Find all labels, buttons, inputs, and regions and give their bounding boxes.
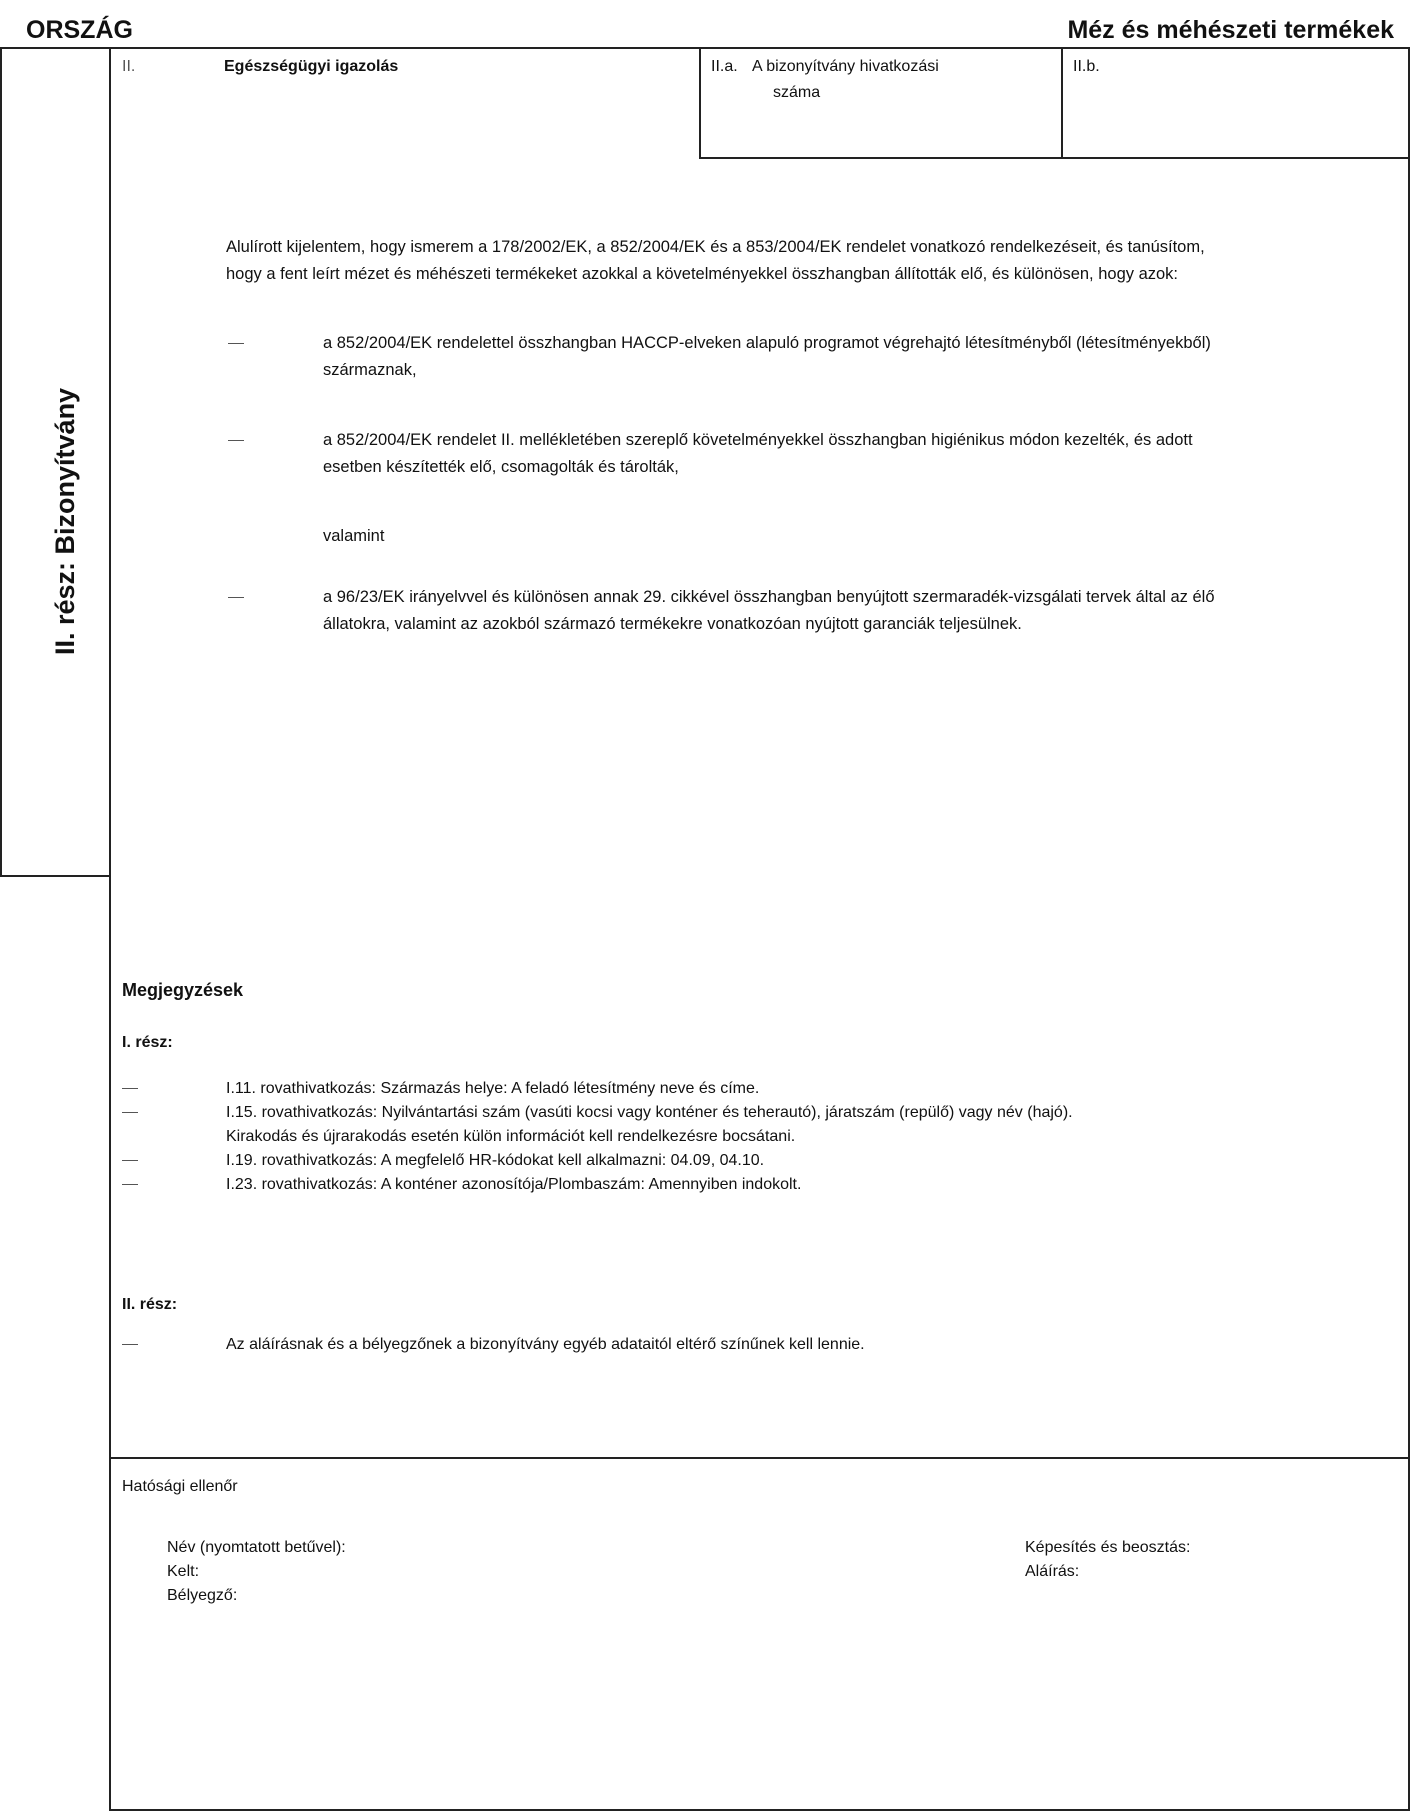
dash-bullet [122,1160,138,1161]
ref-number-label: II.a. [711,54,738,79]
cert-item-1-line1: a 852/2004/EK rendelettel összhangban HA… [323,330,1410,357]
name-label: Név (nyomtatott betűvel): [167,1535,346,1560]
dash-bullet [228,343,244,344]
content-left-border [109,47,111,1811]
side-label: II. rész: Bizonyítvány [50,388,81,655]
notes-part2-title: II. rész: [122,1292,177,1317]
note-part2: Az aláírásnak és a bélyegzőnek a bizonyí… [226,1333,865,1357]
signature-label: Aláírás: [1025,1559,1079,1584]
date-label: Kelt: [167,1559,199,1584]
signature-divider [109,1457,1410,1459]
ref-b-left [1061,47,1063,159]
cert-item-3-line1: a 96/23/EK irányelvvel és különösen anna… [323,584,1410,611]
note-i23: I.23. rovathivatkozás: A konténer azonos… [226,1173,801,1197]
notes-title: Megjegyzések [122,978,243,1003]
dash-bullet [122,1112,138,1113]
ref-label-line1: A bizonyítvány hivatkozási [752,54,939,79]
ref-box-bottom [699,157,1410,159]
section-number: II. [122,54,135,79]
stamp-label: Bélyegző: [167,1583,237,1608]
section-title: Egészségügyi igazolás [224,54,398,79]
dash-bullet [122,1184,138,1185]
dash-bullet [122,1088,138,1089]
notes-part1-title: I. rész: [122,1030,173,1055]
ref-b-field[interactable] [1073,80,1403,152]
cert-item-1-line2: származnak, [323,357,1410,384]
dash-bullet [228,597,244,598]
ref-b-label: II.b. [1073,54,1100,79]
note-i11: I.11. rovathivatkozás: Származás helye: … [226,1077,759,1101]
dash-bullet [228,440,244,441]
conjunction: valamint [323,523,1410,550]
cert-item-2-line1: a 852/2004/EK rendelet II. mellékletében… [323,427,1410,454]
note-i19: I.19. rovathivatkozás: A megfelelő HR-kó… [226,1149,764,1173]
cert-item-3-line2: állatokra, valamint az azokból származó … [323,611,1410,638]
frame-left [0,47,2,877]
note-i15-cont: Kirakodás és újrarakodás esetén külön in… [226,1125,795,1149]
dash-bullet [122,1344,138,1345]
ref-box-left [699,47,701,159]
certificate-reference-field[interactable] [711,100,1056,150]
qualification-label: Képesítés és beosztás: [1025,1535,1190,1560]
side-box-bottom [0,875,111,877]
product-heading: Méz és méhészeti termékek [1067,16,1394,45]
cert-item-2-line2: esetben készítették elő, csomagolták és … [323,454,1410,481]
signature-title: Hatósági ellenőr [122,1474,238,1499]
intro-line-1: Alulírott kijelentem, hogy ismerem a 178… [226,234,1410,261]
intro-line-2: hogy a fent leírt mézet és méhészeti ter… [226,261,1410,288]
country-heading: ORSZÁG [26,16,133,45]
note-i15: I.15. rovathivatkozás: Nyilvántartási sz… [226,1101,1073,1125]
frame-top [0,47,1410,49]
